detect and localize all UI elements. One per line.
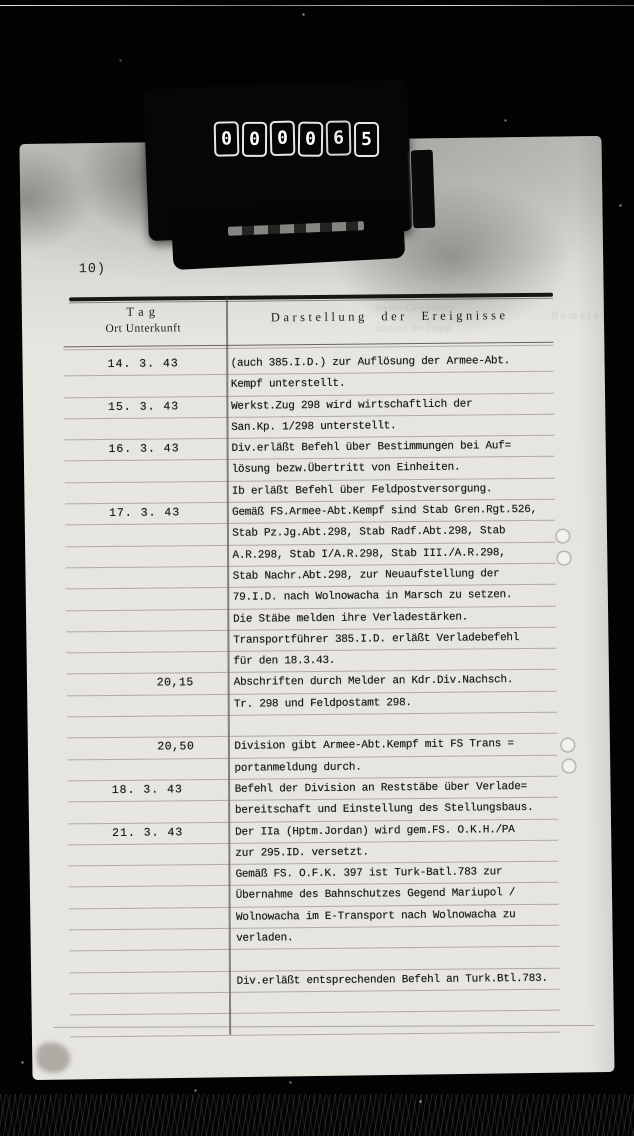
counter-digit: 0 <box>270 121 296 157</box>
event-text-cell <box>231 990 560 1013</box>
event-text-cell: Der IIa (Hptm.Jordan) wird gem.FS. O.K.H… <box>229 819 558 842</box>
event-text-cell: Div.erläßt Befehl über Bestimmungen bei … <box>225 436 554 459</box>
date-cell <box>68 844 229 866</box>
date-cell <box>66 609 227 631</box>
event-text-cell: Gemäß FS. O.F.K. 397 ist Turk-Batl.783 z… <box>229 862 558 885</box>
event-text-cell: Stab Nachr.Abt.298, zur Neuaufstellung d… <box>227 564 556 587</box>
table-body: 14. 3. 43(auch 385.I.D.) zur Auflösung d… <box>64 351 561 1037</box>
date-cell <box>69 886 230 908</box>
event-text-cell: 79.I.D. nach Wolnowacha in Marsch zu set… <box>227 585 556 608</box>
bleedthrough-text-1: Wetter Geschehens <box>375 303 456 315</box>
event-text-cell: A.R.298, Stab I/A.R.298, Stab III./A.R.2… <box>226 542 555 565</box>
bleedthrough-text-2: zustand der Trupp <box>375 323 451 335</box>
film-dust-specks <box>0 0 1 1</box>
event-text-cell: für den 18.3.43. <box>227 649 556 672</box>
date-cell <box>66 631 227 653</box>
date-cell: 20,50 <box>67 737 228 759</box>
event-text-cell <box>231 1011 560 1034</box>
event-text-cell: Transportführer 385.I.D. erläßt Verladeb… <box>227 628 556 651</box>
date-cell <box>67 758 228 780</box>
bleedthrough-text-right: Bemerkungen <box>551 310 614 322</box>
event-text-cell: Tr. 298 und Feldpostamt 298. <box>228 691 557 714</box>
date-cell: 21. 3. 43 <box>68 822 229 844</box>
event-text-cell: San.Kp. 1/298 unterstellt. <box>225 415 554 438</box>
date-cell <box>69 929 230 951</box>
event-text-cell: Wolnowacha im E-Transport nach Wolnowach… <box>230 904 559 927</box>
event-text-cell: Stab Pz.Jg.Abt.298, Stab Radf.Abt.298, S… <box>226 521 555 544</box>
film-scratch-texture <box>0 1094 634 1136</box>
frame-counter-readout: 000065 <box>214 118 380 156</box>
date-cell <box>69 971 230 993</box>
punch-hole <box>555 529 570 544</box>
counter-digit: 0 <box>298 122 323 157</box>
date-cell: 20,15 <box>67 673 228 695</box>
document-page: 10) Tag Ort Unterkunft Darstellung der E… <box>19 136 614 1080</box>
date-cell <box>64 418 225 440</box>
event-text-cell: Gemäß FS.Armee-Abt.Kempf sind Stab Gren.… <box>226 500 555 523</box>
event-text-cell: Abschriften durch Melder an Kdr.Div.Nach… <box>228 670 557 693</box>
event-text-cell: zur 295.ID. versetzt. <box>229 841 558 864</box>
date-cell <box>70 1014 231 1036</box>
date-cell <box>65 524 226 546</box>
date-cell <box>65 460 226 482</box>
page-content: 10) Tag Ort Unterkunft Darstellung der E… <box>22 137 613 1079</box>
event-text-cell: Div.erläßt entsprechenden Befehl an Turk… <box>230 968 559 991</box>
counter-digit: 0 <box>242 122 267 157</box>
date-cell <box>64 375 225 397</box>
date-cell <box>68 801 229 823</box>
date-cell <box>67 695 228 717</box>
event-text-cell: Division gibt Armee-Abt.Kempf mit FS Tra… <box>228 734 557 757</box>
frame-counter-side-tab <box>411 150 436 229</box>
date-cell <box>66 567 227 589</box>
date-cell <box>65 482 226 504</box>
column-header-tag: Tag Ort Unterkunft <box>63 304 223 336</box>
table-row <box>70 1011 560 1037</box>
event-text-cell: verladen. <box>230 926 559 949</box>
event-text-cell <box>228 713 557 736</box>
page-number: 10) <box>79 262 106 277</box>
date-cell: 17. 3. 43 <box>65 503 226 525</box>
punch-hole <box>556 551 571 566</box>
event-text-cell: Befehl der Division an Reststäbe über Ve… <box>229 777 558 800</box>
event-text-cell: Ib erläßt Befehl über Feldpostversorgung… <box>226 478 555 501</box>
header-ort-unterkunft-label: Ort Unterkunft <box>63 322 223 336</box>
event-text-cell: lösung bezw.Übertritt von Einheiten. <box>226 457 555 480</box>
event-text-cell: (auch 385.I.D.) zur Auflösung der Armee-… <box>225 351 554 374</box>
event-text-cell: bereitschaft und Einstellung des Stellun… <box>229 798 558 821</box>
date-cell <box>69 950 230 972</box>
event-text-cell: Die Stäbe melden ihre Verladestärken. <box>227 606 556 629</box>
date-cell: 15. 3. 43 <box>64 396 225 418</box>
date-cell: 14. 3. 43 <box>64 354 225 376</box>
frame-counter-base <box>171 200 406 270</box>
punch-hole <box>560 738 575 753</box>
counter-digit: 5 <box>354 122 379 157</box>
date-cell: 18. 3. 43 <box>68 780 229 802</box>
date-cell <box>68 865 229 887</box>
microfilm-frame: 10) Tag Ort Unterkunft Darstellung der E… <box>0 0 634 1136</box>
date-cell <box>70 993 231 1015</box>
event-text-cell <box>230 947 559 970</box>
event-text-cell: Kempf unterstellt. <box>225 372 554 395</box>
date-cell <box>69 908 230 930</box>
header-tag-label: Tag <box>63 304 223 321</box>
counter-digit: 6 <box>326 120 352 156</box>
date-cell <box>65 546 226 568</box>
event-text-cell: Übernahme des Bahnschutzes Gegend Mariup… <box>230 883 559 906</box>
date-cell <box>66 588 227 610</box>
counter-digit: 0 <box>214 121 240 157</box>
date-cell <box>67 716 228 738</box>
film-edge-line <box>0 5 634 6</box>
punch-hole <box>561 759 576 774</box>
corner-smudge <box>36 1042 70 1072</box>
event-text-cell: Werkst.Zug 298 wird wirtschaftlich der <box>225 393 554 416</box>
date-cell <box>66 652 227 674</box>
date-cell: 16. 3. 43 <box>64 439 225 461</box>
event-text-cell: portanmeldung durch. <box>228 755 557 778</box>
